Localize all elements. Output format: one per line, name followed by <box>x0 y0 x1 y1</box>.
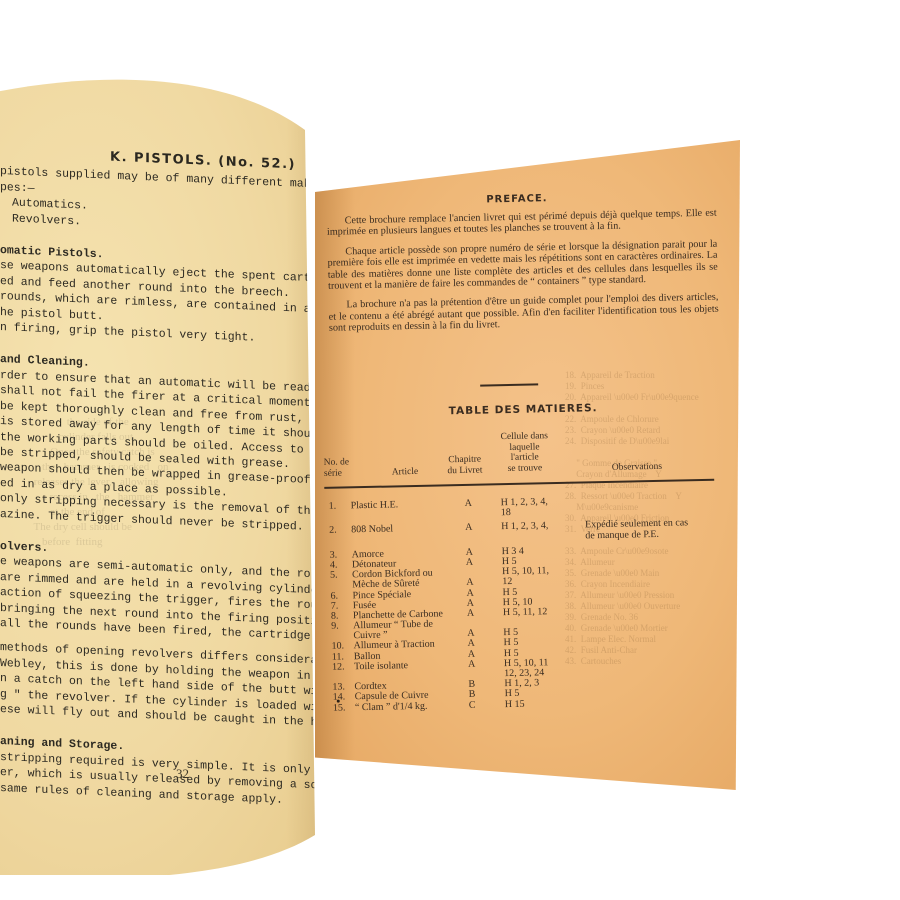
preface-title: PREFACE. <box>486 193 547 205</box>
cell-no: 12. <box>332 662 345 672</box>
preface-paragraph: La brochure n'a pas la prétention d'être… <box>328 292 719 334</box>
toc-title: TABLE DES MATIERES. <box>449 402 598 417</box>
left-page-text: K. PISTOLS. (No. 52.) pistols supplied m… <box>0 145 320 809</box>
preface-paragraph: Cette brochure remplace l'ancien livret … <box>327 208 717 239</box>
cell-cell: H 15 <box>505 699 525 710</box>
column-header-chapter: Chapitre du Livret <box>440 454 490 476</box>
preface-body: Cette brochure remplace l'ancien livret … <box>327 208 720 343</box>
cell-no: 2. <box>329 526 337 536</box>
divider <box>480 383 538 386</box>
cell-chapter: A <box>466 558 473 568</box>
cell-no: 9. <box>331 622 339 632</box>
cell-no: 15. <box>333 703 346 713</box>
table-header-rule <box>324 479 714 489</box>
cell-chapter: C <box>469 700 476 710</box>
cell-chapter: A <box>465 523 472 533</box>
column-header-no: No. de série <box>324 457 358 479</box>
ink-dot <box>337 700 340 703</box>
cell-cell: 18 <box>501 508 511 518</box>
cell-chapter: A <box>467 609 474 619</box>
right-page-text: PREFACE. Cette brochure remplace l'ancie… <box>315 131 754 790</box>
column-header-observations: Observations <box>602 462 672 474</box>
cell-no: 1. <box>329 502 337 512</box>
cell-observations: de manque de P.E. <box>585 529 659 541</box>
column-header-cell: Cellule dans laquelle l'article se trouv… <box>493 431 556 474</box>
open-booklet: the side of the cylinder falls out. Once… <box>0 0 900 900</box>
right-page: 18. Appareil de Traction 19. Pinces 20. … <box>315 140 740 790</box>
cell-no: 5. <box>330 571 338 581</box>
left-page: the side of the cylinder falls out. Once… <box>0 75 320 875</box>
page-number: 32 <box>176 766 189 782</box>
cell-article: “ Clam ” d'1/4 kg. <box>355 701 428 713</box>
toc-table-body: 1.Plastic H.E.AH 1, 2, 3, 4, 182.808 Nob… <box>323 493 752 714</box>
cell-chapter: A <box>465 499 472 509</box>
cell-chapter: A <box>468 660 475 670</box>
left-sections: omatic Pistols.se weapons automatically … <box>0 226 320 809</box>
preface-paragraph: Chaque article possède son propre numéro… <box>327 238 718 292</box>
column-header-article: Article <box>380 467 430 479</box>
